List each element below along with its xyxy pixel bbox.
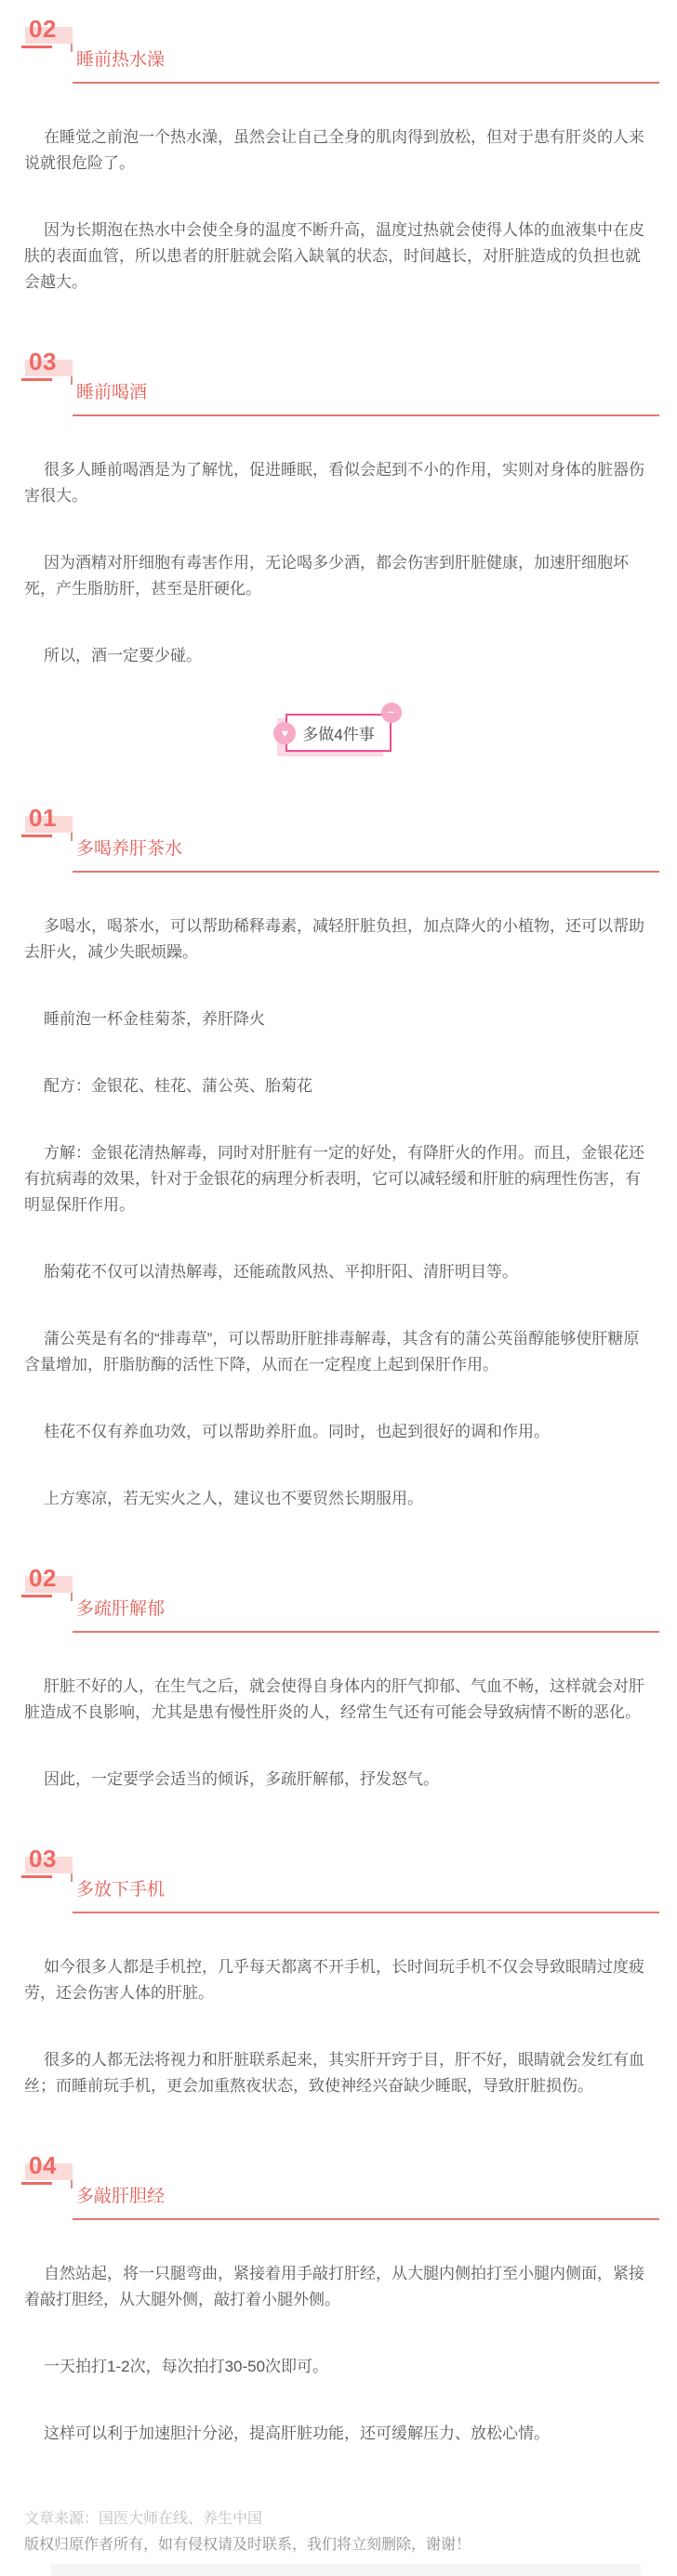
article-section: 03多放下手机如今很多人都是手机控，几乎每天都离不开手机，长时间玩手机不仅会导致…: [0, 1847, 677, 2099]
badge-label: 多做4件事: [285, 714, 391, 752]
paragraph: 这样可以利于加速胆汁分泌，提高肝脏功能，还可缓解压力、放松心情。: [24, 2421, 653, 2447]
section-title-rule: 多喝养肝茶水: [73, 835, 659, 873]
paragraph: 一天拍打1-2次，每次拍打30-50次即可。: [24, 2354, 653, 2380]
section-header: 03多放下手机: [0, 1847, 677, 1913]
section-title-rule: 多放下手机: [73, 1875, 659, 1913]
footer-copyright: 版权归原作者所有，如有侵权请及时联系，我们将立刻删除，谢谢！: [24, 2532, 653, 2558]
article-section: 03睡前喝酒很多人睡前喝酒是为了解忧，促进睡眠，看似会起到不小的作用，实则对身体…: [0, 349, 677, 669]
paragraph: 桂花不仅有养血功效，可以帮助养肝血。同时，也起到很好的调和作用。: [24, 1419, 653, 1445]
paragraph: 蒲公英是有名的“排毒草”，可以帮助肝脏排毒解毒，其含有的蒲公英甾醇能够使肝糖原含…: [24, 1326, 653, 1378]
section-title-rule: 多敲肝胆经: [73, 2182, 659, 2220]
section-title: 多疏肝解郁: [73, 1599, 165, 1619]
section-header: 02睡前热水澡: [0, 17, 677, 84]
paragraph: 如今很多人都是手机控，几乎每天都离不开手机，长时间玩手机不仅会导致眼睛过度疲劳，…: [24, 1954, 653, 2006]
paragraph: 胎菊花不仅可以清热解毒，还能疏散风热、平抑肝阳、清肝明目等。: [24, 1259, 653, 1285]
article-section: 02多疏肝解郁肝脏不好的人，在生气之后，就会使得自身体内的肝气抑郁、气血不畅，这…: [0, 1566, 677, 1793]
section-number: 03: [29, 1845, 57, 1873]
section-number: 03: [29, 348, 57, 375]
paragraph: 因此，一定要学会适当的倾诉，多疏肝解郁，抒发怒气。: [24, 1767, 653, 1793]
article-section: 02睡前热水澡在睡觉之前泡一个热水澡，虽然会让自己全身的肌肉得到放松，但对于患有…: [0, 17, 677, 296]
section-number: 04: [29, 2151, 57, 2179]
section-title: 多放下手机: [73, 1880, 165, 1899]
section-header: 02多疏肝解郁: [0, 1566, 677, 1633]
section-header: 03睡前喝酒: [0, 349, 677, 416]
section-number-block: 03: [29, 349, 57, 374]
section-title: 睡前热水澡: [73, 50, 165, 70]
article-section: 01多喝养肝茶水多喝水，喝茶水，可以帮助稀释毒素，减轻肝脏负担，加点降火的小植物…: [0, 806, 677, 1512]
subtitle-badge: 多做4件事♥−: [285, 714, 391, 752]
section-number-block: 02: [29, 1566, 57, 1590]
section-number-underline: [21, 1875, 52, 1878]
section-number-underline: [21, 378, 52, 381]
article-section: 04多敲肝胆经自然站起，将一只腿弯曲，紧接着用手敲打肝经，从大腿内侧拍打至小腿内…: [0, 2153, 677, 2447]
section-title-rule: 睡前热水澡: [73, 46, 659, 84]
section-number: 02: [29, 1564, 57, 1592]
section-number-block: 02: [29, 17, 57, 41]
paragraph: 上方寒凉，若无实火之人，建议也不要贸然长期服用。: [24, 1486, 653, 1512]
section-number-block: 04: [29, 2153, 57, 2177]
heart-icon: ♥: [273, 722, 296, 744]
section-number-underline: [21, 835, 52, 837]
paragraph: 肝脏不好的人，在生气之后，就会使得自身体内的肝气抑郁、气血不畅，这样就会对肝脏造…: [24, 1674, 653, 1726]
paragraph: 多喝水，喝茶水，可以帮助稀释毒素，减轻肝脏负担，加点降火的小植物，还可以帮助去肝…: [24, 913, 653, 966]
section-title: 多敲肝胆经: [73, 2187, 165, 2206]
section-number: 01: [29, 804, 57, 832]
section-number-block: 03: [29, 1847, 57, 1871]
paragraph: 很多的人都无法将视力和肝脏联系起来，其实肝开窍于目，肝不好，眼睛就会发红有血丝；…: [24, 2047, 653, 2099]
paragraph: 因为长期泡在热水中会使全身的温度不断升高，温度过热就会使得人体的血液集中在皮肤的…: [24, 217, 653, 296]
paragraph: 很多人睡前喝酒是为了解忧，促进睡眠，看似会起到不小的作用，实则对身体的脏器伤害很…: [24, 457, 653, 509]
minus-icon: −: [381, 703, 402, 723]
paragraph: 方解：金银花清热解毒，同时对肝脏有一定的好处，有降肝火的作用。而且，金银花还有抗…: [24, 1140, 653, 1218]
article-page: 02睡前热水澡在睡觉之前泡一个热水澡，虽然会让自己全身的肌肉得到放松，但对于患有…: [0, 0, 677, 2576]
section-number-block: 01: [29, 806, 57, 830]
section-number-underline: [21, 1595, 52, 1597]
paragraph: 所以，酒一定要少碰。: [24, 643, 653, 669]
section-number: 02: [29, 15, 57, 43]
footer-source: 文章来源：国医大师在线、养生中国: [24, 2506, 653, 2532]
section-title: 多喝养肝茶水: [73, 839, 182, 859]
bottom-divider: [51, 2564, 641, 2576]
section-header: 04多敲肝胆经: [0, 2153, 677, 2220]
paragraph: 配方：金银花、桂花、蒲公英、胎菊花: [24, 1073, 653, 1099]
paragraph: 因为酒精对肝细胞有毒害作用，无论喝多少酒，都会伤害到肝脏健康，加速肝细胞坏死，产…: [24, 550, 653, 602]
paragraph: 自然站起，将一只腿弯曲，紧接着用手敲打肝经，从大腿内侧拍打至小腿内侧面，紧接着敲…: [24, 2261, 653, 2313]
section-title-rule: 睡前喝酒: [73, 378, 659, 416]
article-footer: 文章来源：国医大师在线、养生中国 版权归原作者所有，如有侵权请及时联系，我们将立…: [24, 2506, 653, 2558]
section-number-underline: [21, 2182, 52, 2185]
section-header: 01多喝养肝茶水: [0, 806, 677, 873]
paragraph: 睡前泡一杯金桂菊茶，养肝降火: [24, 1006, 653, 1032]
section-number-underline: [21, 46, 52, 48]
section-title: 睡前喝酒: [73, 383, 147, 402]
section-title-rule: 多疏肝解郁: [73, 1595, 659, 1633]
article-content: 02睡前热水澡在睡觉之前泡一个热水澡，虽然会让自己全身的肌肉得到放松，但对于患有…: [0, 17, 677, 2447]
paragraph: 在睡觉之前泡一个热水澡，虽然会让自己全身的肌肉得到放松，但对于患有肝炎的人来说就…: [24, 125, 653, 177]
